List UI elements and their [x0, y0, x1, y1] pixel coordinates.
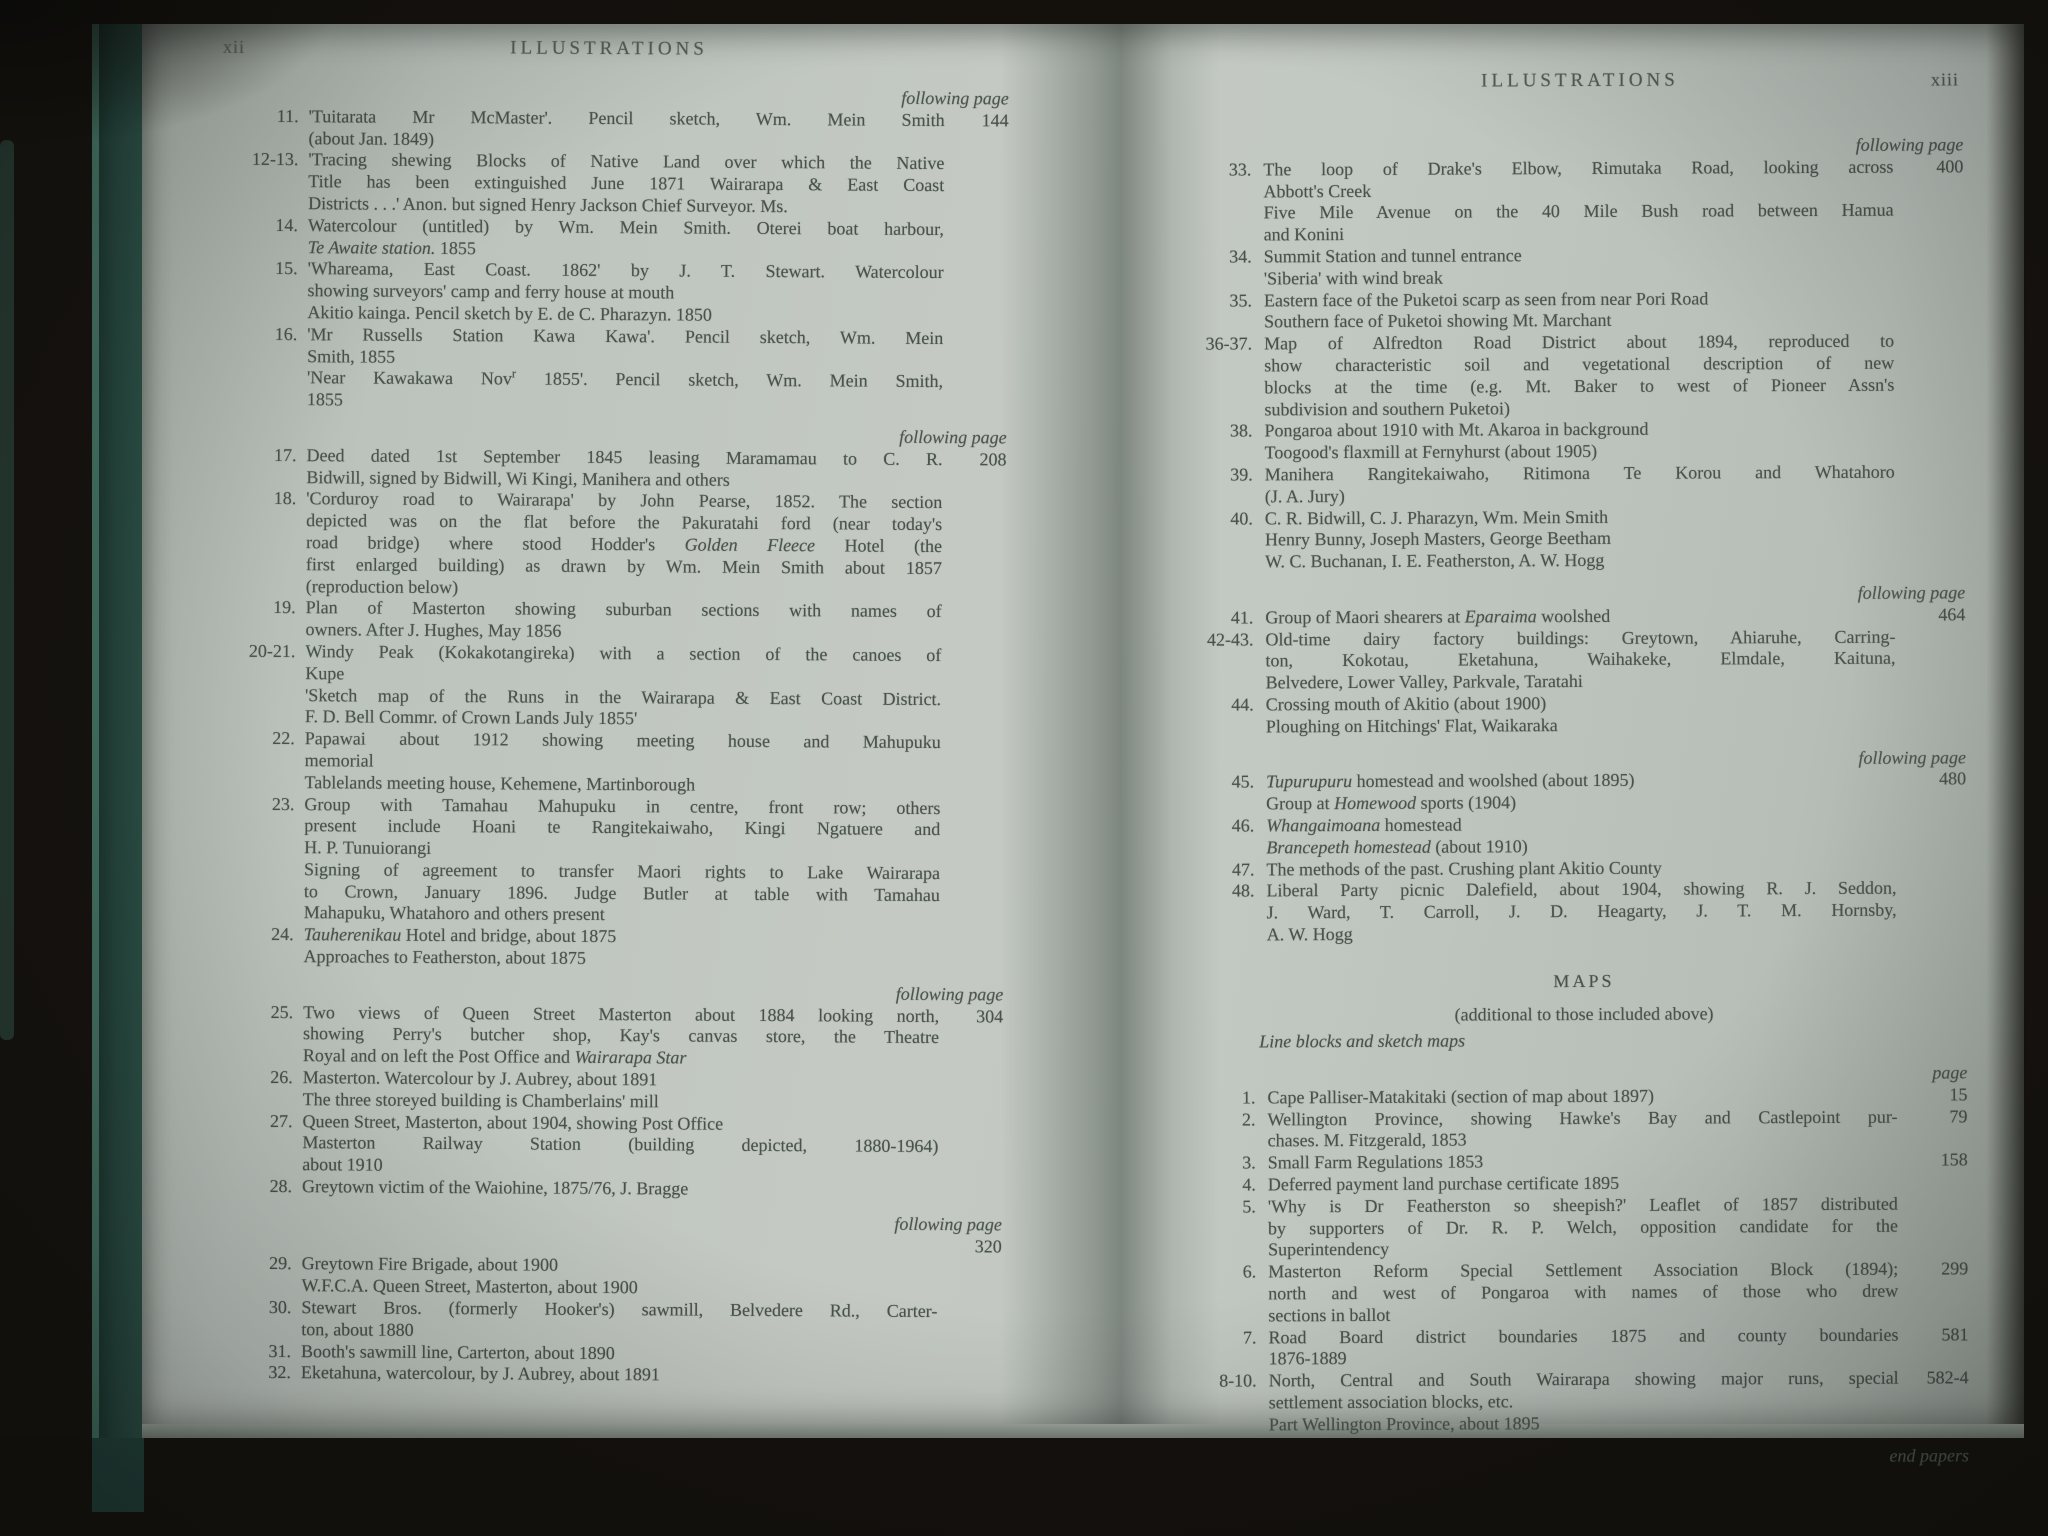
item-text: 'Mr Russells Station Kawa Kawa'. Pencil … — [307, 324, 944, 415]
item-number: 46. — [1200, 815, 1266, 859]
item-text: Wellington Province, showing Hawke's Bay… — [1267, 1106, 1897, 1152]
right-page-title: ILLUSTRATIONS — [1197, 68, 1963, 93]
list-item: 46.Whangaimoana homesteadBrancepeth home… — [1200, 812, 1966, 859]
list-item: 35.Eastern face of the Puketoi scarp as … — [1198, 287, 1964, 334]
item-text: Tauherenikau Hotel and bridge, about 187… — [303, 924, 939, 971]
book-cover-spine — [92, 18, 144, 1514]
page-ref: 464 — [1905, 604, 1965, 626]
list-item: 8-10.North, Central and South Wairarapa … — [1203, 1368, 1969, 1437]
item-number: 26. — [203, 1067, 303, 1111]
list-item: 34.Summit Station and tunnel entrance'Si… — [1198, 243, 1964, 290]
book-cover-sliver — [0, 140, 14, 1040]
list-item: 6.Masterton Reform Special Settlement As… — [1202, 1259, 1968, 1328]
right-page-edge-shadow — [1986, 24, 2026, 1438]
right-page-header: ILLUSTRATIONS xiii — [1197, 68, 1963, 97]
section-heading: MAPS — [1201, 969, 1967, 994]
item-text: 'Tuitarata Mr McMaster'. Pencil sketch, … — [308, 106, 944, 153]
item-number: 7. — [1202, 1327, 1268, 1371]
item-text: Greytown victim of the Waiohine, 1875/76… — [302, 1176, 938, 1202]
list-item: 2.Wellington Province, showing Hawke's B… — [1201, 1106, 1967, 1153]
item-number: 23. — [204, 793, 305, 924]
item-number: 19. — [205, 597, 305, 641]
item-number: 34. — [1198, 246, 1264, 290]
list-item: 12-13.'Tracing shewing Blocks of Native … — [208, 149, 1008, 219]
item-text: Road Board district boundaries 1875 and … — [1268, 1324, 1898, 1370]
left-page-title: ILLUSTRATIONS — [209, 36, 1009, 63]
item-text: Crossing mouth of Akitio (about 1900)Plo… — [1266, 692, 1896, 738]
list-item: 22.Papawai about 1912 showing meeting ho… — [204, 728, 1004, 798]
page-gutter-shadow — [1000, 24, 1220, 1438]
item-number: 6. — [1202, 1262, 1268, 1328]
list-item: 28.Greytown victim of the Waiohine, 1875… — [202, 1176, 1002, 1203]
item-number: 5. — [1202, 1196, 1268, 1262]
item-text: North, Central and South Wairarapa showi… — [1269, 1368, 1899, 1436]
item-number: 18. — [206, 488, 307, 598]
item-number: 42-43. — [1199, 629, 1265, 695]
item-text: Windy Peak (Kokakotangireka) with a sect… — [305, 641, 942, 732]
item-number: 47. — [1200, 859, 1266, 881]
item-number: 31. — [201, 1340, 301, 1362]
item-text: Tupurupuru homestead and woolshed (about… — [1266, 769, 1896, 815]
list-item: 11.'Tuitarata Mr McMaster'. Pencil sketc… — [208, 105, 1008, 153]
item-text: Manihera Rangitekaiwaho, Ritimona Te Kor… — [1265, 462, 1895, 508]
list-item: 29.Greytown Fire Brigade, about 1900W.F.… — [201, 1253, 1001, 1301]
item-number: 3. — [1202, 1153, 1268, 1175]
item-number: 25. — [203, 1001, 303, 1067]
page-ref: 581 — [1908, 1324, 1968, 1346]
item-text: Two views of Queen Street Masterton abou… — [303, 1002, 939, 1071]
item-number: 33. — [1197, 159, 1263, 246]
item-text: Plan of Masterton showing suburban secti… — [305, 597, 941, 644]
page-ref: 480 — [1906, 769, 1966, 791]
page-ref: 582-4 — [1909, 1368, 1969, 1390]
item-text: Deferred payment land purchase certifica… — [1268, 1172, 1898, 1197]
page-ref: 304 — [943, 1006, 1003, 1028]
page-ref: 158 — [1908, 1150, 1968, 1172]
item-text: The methods of the past. Crushing plant … — [1266, 856, 1896, 881]
list-item: 7.Road Board district boundaries 1875 an… — [1202, 1324, 1968, 1371]
list-item: 19.Plan of Masterton showing suburban se… — [205, 597, 1005, 645]
item-number: 48. — [1200, 881, 1266, 947]
book-cover-edge-highlight — [92, 18, 99, 1514]
maps-subtitle: Line blocks and sketch maps — [1259, 1029, 1967, 1054]
item-text: Old-time dairy factory buildings: Greyto… — [1265, 626, 1895, 694]
list-item: 38.Pongaroa about 1910 with Mt. Akaroa i… — [1198, 418, 1964, 465]
item-number: 38. — [1198, 421, 1264, 465]
item-number: 35. — [1198, 290, 1264, 334]
book-photo: xii ILLUSTRATIONS following page11.'Tuit… — [0, 0, 2048, 1536]
list-item: 33.The loop of Drake's Elbow, Rimutaka R… — [1197, 156, 1963, 247]
left-page-blocks: following page11.'Tuitarata Mr McMaster'… — [201, 84, 1009, 1389]
page-ref: 208 — [946, 449, 1006, 471]
page-ref: 299 — [1908, 1259, 1968, 1281]
list-item: 45.Tupurupuru homestead and woolshed (ab… — [1200, 769, 1966, 816]
list-item: 17.Deed dated 1st September 1845 leasing… — [206, 444, 1006, 492]
list-item: 48.Liberal Party picnic Dalefield, about… — [1200, 878, 1966, 947]
item-text: Stewart Bros. (formerly Hooker's) sawmil… — [301, 1297, 937, 1344]
item-text: 'Whareama, East Coast. 1862' by J. T. St… — [307, 259, 943, 328]
cover-bottom-edge — [92, 1438, 144, 1512]
item-text: Cape Palliser-Matakitaki (section of map… — [1267, 1085, 1897, 1110]
item-number: 1. — [1201, 1087, 1267, 1109]
item-text: Eketahuna, watercolour, by J. Aubrey, ab… — [301, 1363, 937, 1389]
item-number: 40. — [1199, 508, 1265, 574]
item-number: 29. — [201, 1253, 301, 1297]
item-text: The loop of Drake's Elbow, Rimutaka Road… — [1263, 156, 1893, 246]
item-number: 28. — [202, 1176, 302, 1198]
item-text: Summit Station and tunnel entrance'Siber… — [1264, 244, 1894, 290]
item-text: Whangaimoana homesteadBrancepeth homeste… — [1266, 813, 1896, 859]
item-text: Group with Tamahau Mahupuku in centre, f… — [304, 794, 941, 929]
item-number: 16. — [207, 323, 308, 411]
item-number: 14. — [208, 214, 308, 258]
item-text: C. R. Bidwill, C. J. Pharazyn, Wm. Mein … — [1265, 505, 1895, 573]
section-subheading: (additional to those included above) — [1201, 1003, 1967, 1028]
item-number: 39. — [1199, 464, 1265, 508]
item-number: 4. — [1202, 1174, 1268, 1196]
item-number: 11. — [208, 105, 308, 149]
item-text: 'Corduroy road to Wairarapa' by John Pea… — [306, 489, 943, 602]
item-text: Map of Alfredton Road District about 189… — [1264, 331, 1894, 421]
left-page-folio: xii — [223, 37, 245, 59]
item-text: Eastern face of the Puketoi scarp as see… — [1264, 287, 1894, 333]
item-text: Liberal Party picnic Dalefield, about 19… — [1266, 878, 1896, 946]
list-item: 44.Crossing mouth of Akitio (about 1900)… — [1200, 691, 1966, 738]
item-text: Group of Maori shearers at Eparaima wool… — [1265, 604, 1895, 629]
item-number: 41. — [1199, 607, 1265, 629]
item-text: Greytown Fire Brigade, about 1900W.F.C.A… — [301, 1254, 937, 1301]
list-item: 25.Two views of Queen Street Masterton a… — [203, 1001, 1003, 1071]
item-number: 22. — [204, 728, 304, 794]
page-ref: 144 — [949, 110, 1009, 132]
item-number: 32. — [201, 1362, 301, 1384]
page-ref: 79 — [1907, 1106, 1967, 1128]
list-item: 39.Manihera Rangitekaiwaho, Ritimona Te … — [1199, 461, 1965, 508]
item-number: 12-13. — [208, 149, 308, 215]
item-text: Watercolour (untitled) by Wm. Mein Smith… — [308, 215, 944, 262]
list-item: 24.Tauherenikau Hotel and bridge, about … — [203, 924, 1003, 972]
item-number: 2. — [1201, 1109, 1267, 1153]
item-text: Masterton Reform Special Settlement Asso… — [1268, 1259, 1898, 1327]
right-page: ILLUSTRATIONS xiii following page33.The … — [1197, 68, 1969, 1470]
item-number: 20-21. — [205, 640, 306, 728]
left-page: xii ILLUSTRATIONS following page11.'Tuit… — [201, 36, 1009, 1389]
right-page-blocks: following page33.The loop of Drake's Elb… — [1197, 134, 1969, 1470]
list-item: 16.'Mr Russells Station Kawa Kawa'. Penc… — [207, 323, 1008, 415]
right-page-folio: xiii — [1931, 69, 1959, 91]
item-text: Queen Street, Masterton, about 1904, sho… — [302, 1111, 938, 1180]
page-ref: 15 — [1907, 1084, 1967, 1106]
item-number: 30. — [201, 1297, 301, 1341]
list-item: 20-21.Windy Peak (Kokakotangireka) with … — [205, 640, 1006, 732]
item-text: Pongaroa about 1910 with Mt. Akaroa in b… — [1264, 418, 1894, 464]
list-item: 36-37.Map of Alfredton Road District abo… — [1198, 331, 1964, 422]
list-item: 40.C. R. Bidwill, C. J. Pharazyn, Wm. Me… — [1199, 505, 1965, 574]
list-item: 23.Group with Tamahau Mahupuku in centre… — [204, 793, 1005, 929]
list-item: 26.Masterton. Watercolour by J. Aubrey, … — [203, 1067, 1003, 1115]
item-text: Masterton. Watercolour by J. Aubrey, abo… — [303, 1067, 939, 1114]
following-page-label: end papers — [1203, 1445, 1969, 1470]
page-ref: 400 — [1903, 156, 1963, 178]
item-number: 36-37. — [1198, 334, 1264, 421]
list-item: 30.Stewart Bros. (formerly Hooker's) saw… — [201, 1297, 1001, 1345]
list-item: 42-43.Old-time dairy factory buildings: … — [1199, 626, 1965, 695]
item-number: 45. — [1200, 772, 1266, 816]
item-text: Small Farm Regulations 1853 — [1268, 1150, 1898, 1175]
item-number: 24. — [203, 924, 303, 968]
item-number: 27. — [202, 1110, 302, 1176]
list-item: 27.Queen Street, Masterton, about 1904, … — [202, 1110, 1002, 1180]
list-item: 5.'Why is Dr Featherston so sheepish?' L… — [1202, 1193, 1968, 1262]
list-item: 15.'Whareama, East Coast. 1862' by J. T.… — [207, 258, 1007, 328]
list-item: 14.Watercolour (untitled) by Wm. Mein Sm… — [208, 214, 1008, 262]
item-number: 15. — [207, 258, 307, 324]
item-text: Papawai about 1912 showing meeting house… — [304, 728, 940, 797]
left-page-header: xii ILLUSTRATIONS — [209, 36, 1009, 67]
item-number: 44. — [1200, 694, 1266, 738]
item-text: 'Why is Dr Featherston so sheepish?' Lea… — [1268, 1193, 1898, 1261]
item-number: 17. — [206, 444, 306, 488]
item-number: 8-10. — [1203, 1371, 1269, 1437]
item-text: 'Tracing shewing Blocks of Native Land o… — [308, 150, 944, 219]
list-item: 18.'Corduroy road to Wairarapa' by John … — [206, 488, 1007, 602]
item-text: Deed dated 1st September 1845 leasing Ma… — [306, 445, 942, 492]
